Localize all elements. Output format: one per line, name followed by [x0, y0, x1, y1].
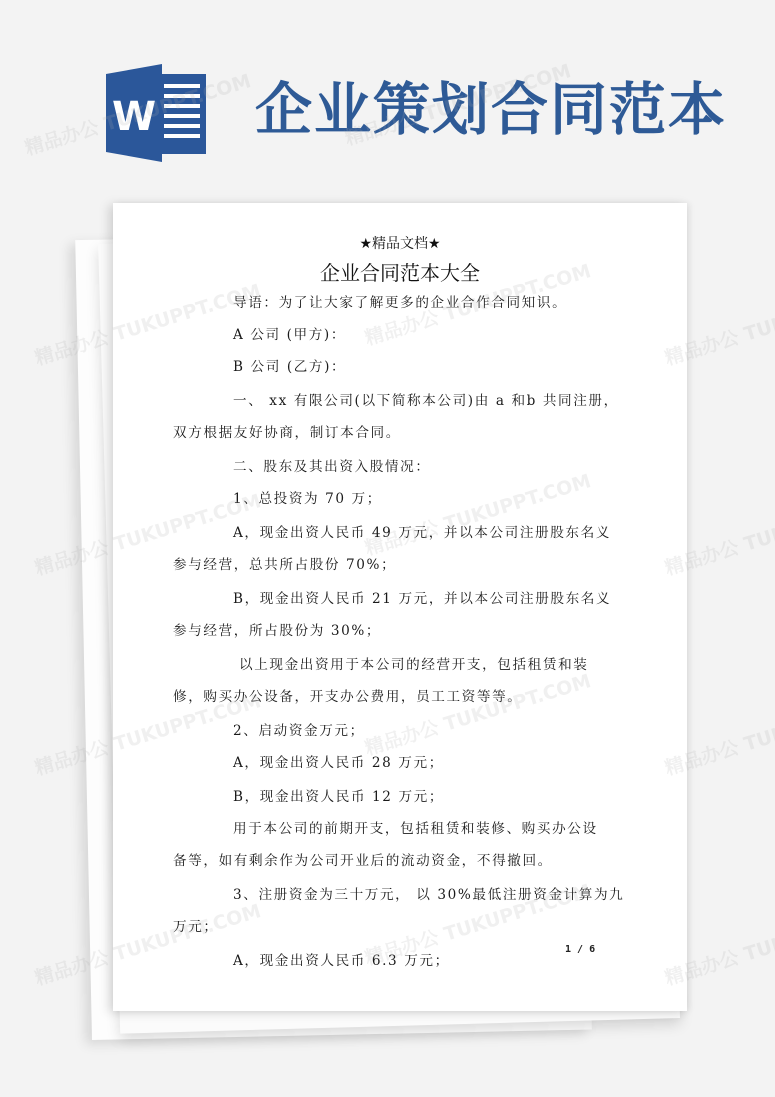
paragraph-line: 2、启动资金万元； [233, 719, 365, 739]
paragraph-line: 以上现金出资用于本公司的经营开支，包括租赁和装 [239, 653, 588, 673]
paragraph-line: B，现金出资人民币 21 万元，并以本公司注册股东名义 [233, 587, 611, 607]
paragraph-line: A 公司 (甲方)： [233, 323, 346, 343]
paragraph-line: 参与经营，所占股份为 30%； [173, 619, 381, 639]
paragraph-line: A，现金出资人民币 49 万元，并以本公司注册股东名义 [233, 521, 611, 541]
word-logo-icon: W [106, 64, 206, 162]
paragraph-line: 修，购买办公设备，开支办公费用，员工工资等等。 [173, 685, 522, 705]
banner: W 企业策划合同范本 [0, 0, 775, 190]
paragraph-line: 1、总投资为 70 万； [233, 487, 382, 507]
document-title: 企业合同范本大全 [113, 257, 687, 286]
page-number: 1 / 6 [565, 944, 595, 955]
banner-title: 企业策划合同范本 [255, 70, 727, 150]
paragraph-line: A，现金出资人民币 28 万元； [233, 751, 444, 771]
document-page: ★精品文档★ 企业合同范本大全 导语：为了让大家了解更多的企业合作合同知识。 A… [113, 203, 687, 1011]
paragraph-line: 万元； [173, 915, 219, 935]
header-mark: ★精品文档★ [113, 233, 687, 253]
paragraph-line: 参与经营，总共所占股份 70%； [173, 553, 396, 573]
svg-text:W: W [112, 94, 156, 140]
paragraph-line: 备等，如有剩余作为公司开业后的流动资金，不得撤回。 [173, 849, 553, 869]
paragraph-line: 二、股东及其出资入股情况： [233, 455, 431, 475]
paragraph-line: B 公司 (乙方)： [233, 355, 346, 375]
paragraph-line: 用于本公司的前期开支，包括租赁和装修、购买办公设 [233, 817, 598, 837]
paragraph-line: 导语：为了让大家了解更多的企业合作合同知识。 [233, 291, 567, 311]
paragraph-line: 3、注册资金为三十万元， 以 30%最低注册资金计算为九 [233, 883, 624, 903]
paragraph-line: B，现金出资人民币 12 万元； [233, 785, 444, 805]
paragraph-line: A，现金出资人民币 6.3 万元； [233, 949, 450, 969]
paragraph-line: 一、 xx 有限公司(以下简称本公司)由 a 和b 共同注册， [233, 389, 619, 409]
paragraph-line: 双方根据友好协商，制订本合同。 [173, 421, 401, 441]
